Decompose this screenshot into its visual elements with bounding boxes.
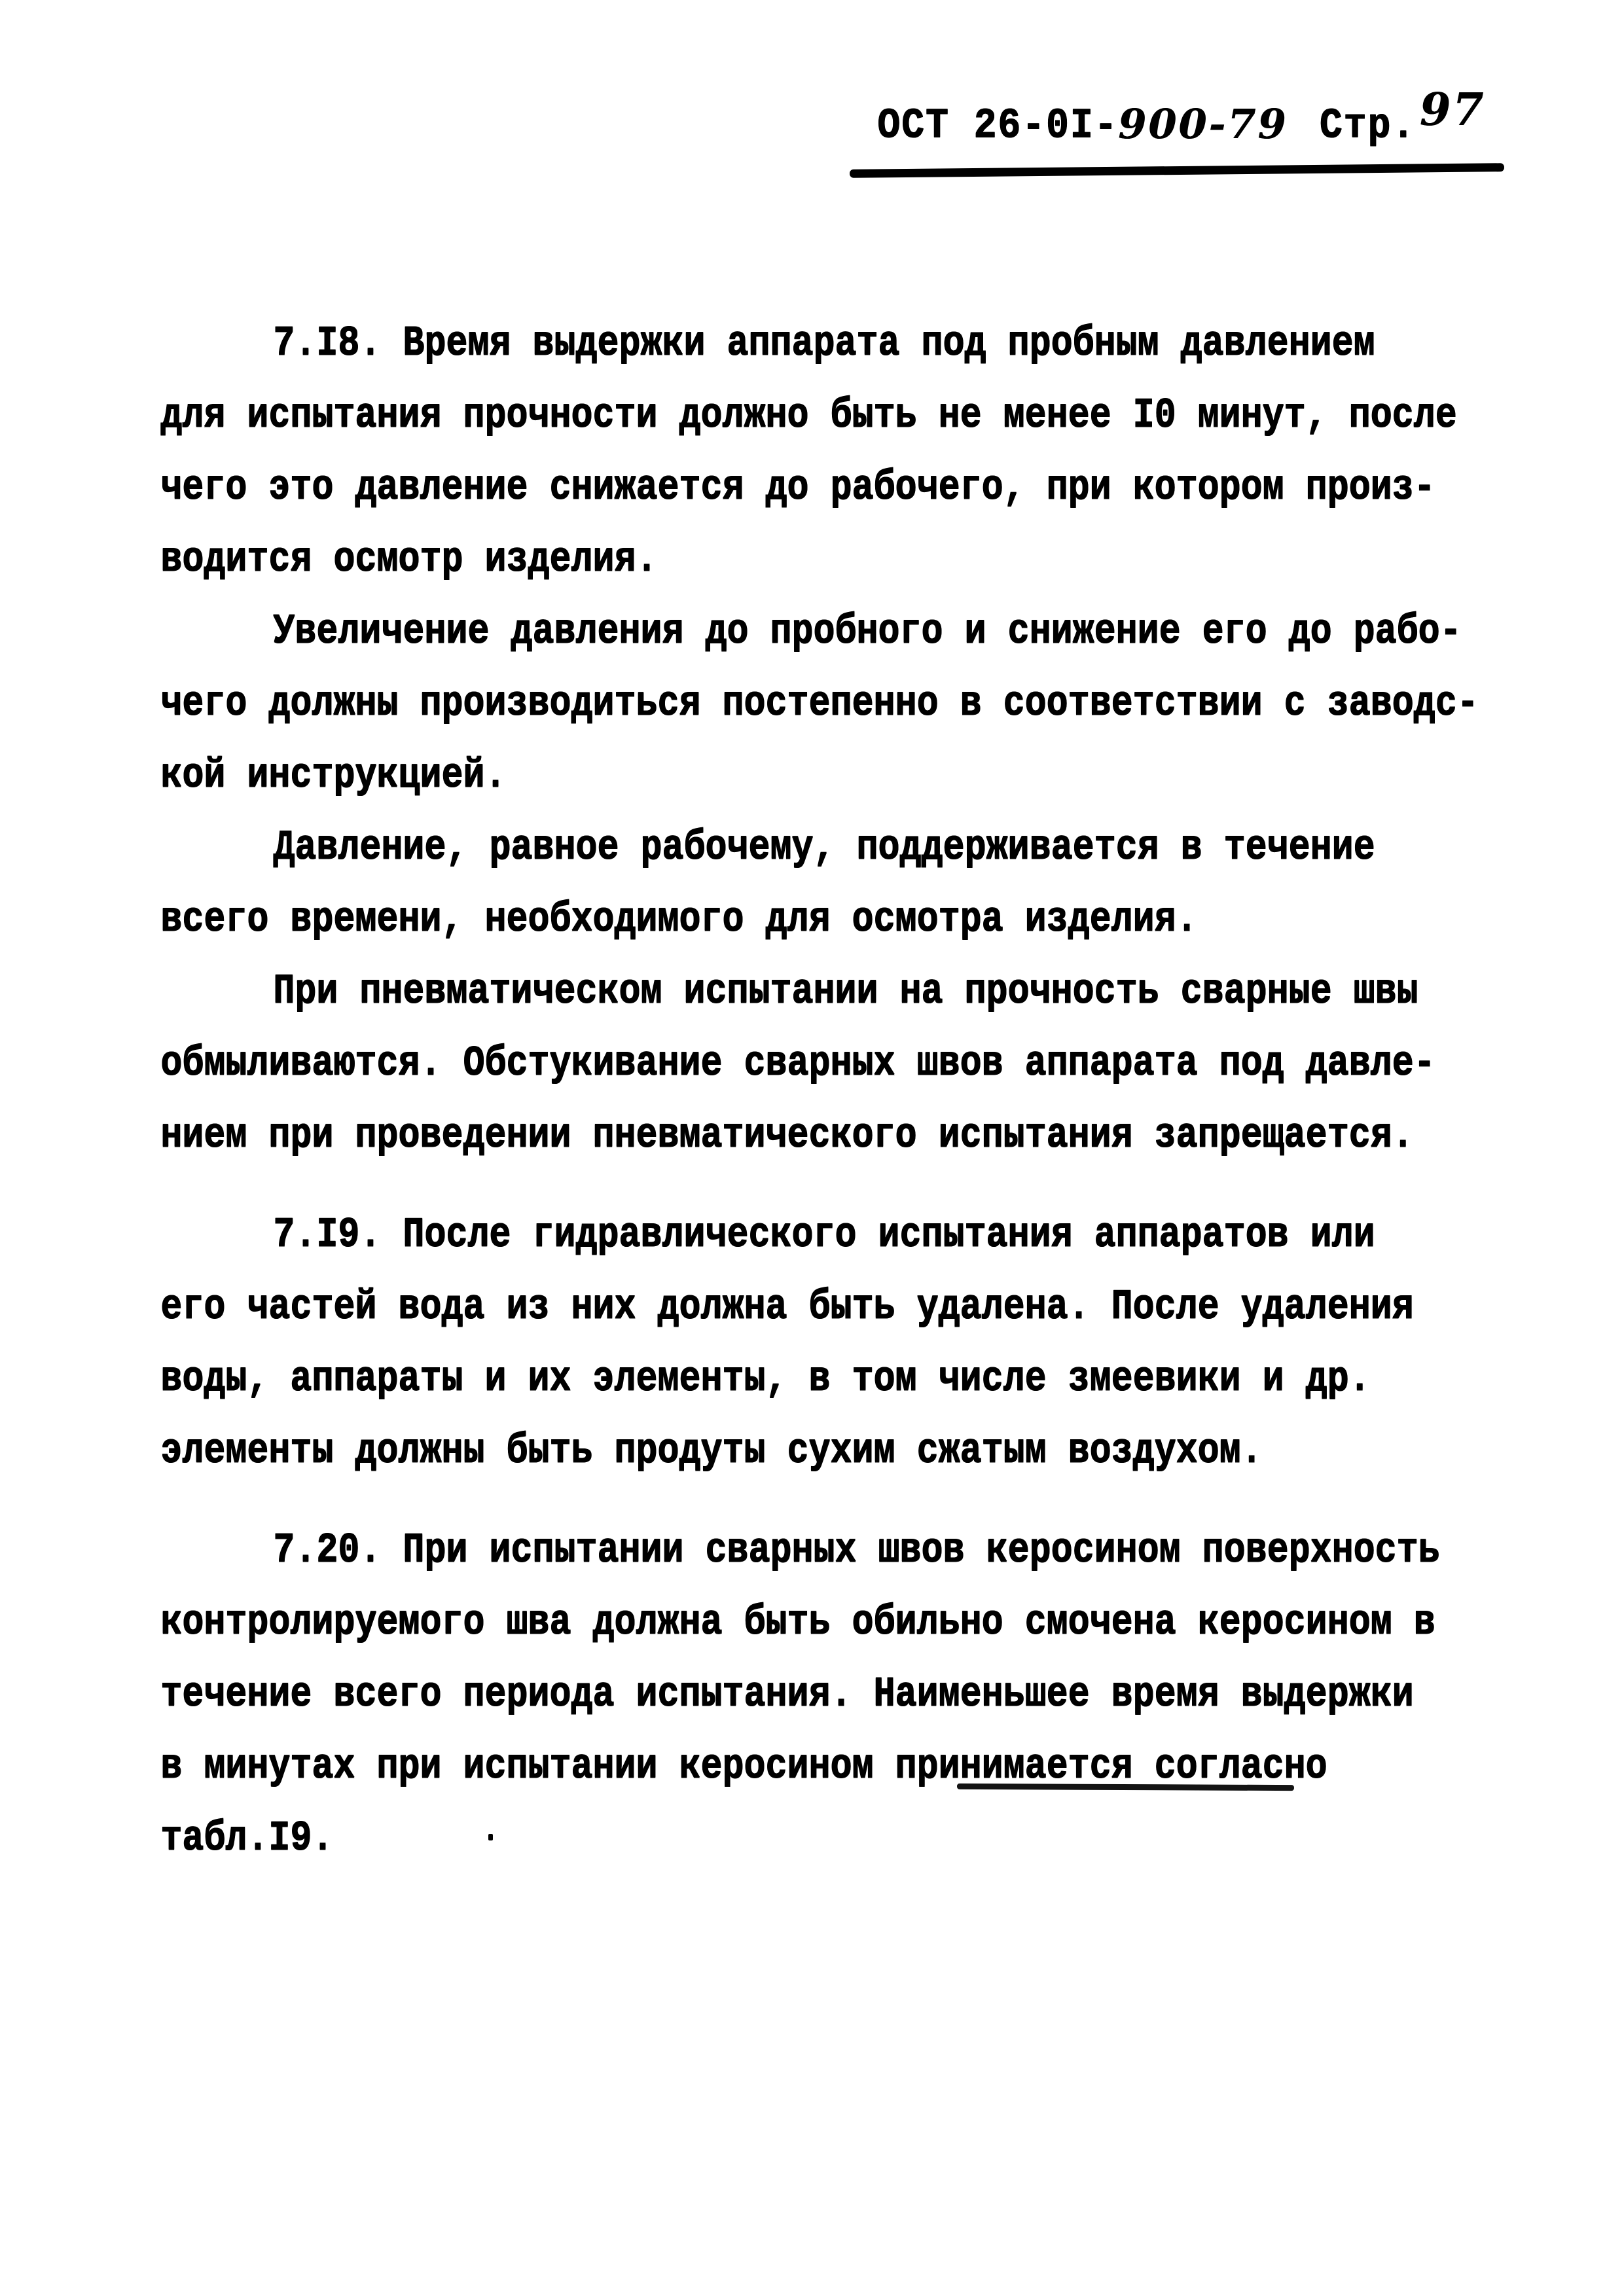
text-line: течение всего периода испытания. Наимень… — [160, 1653, 1502, 1736]
page-label: Стр. — [1320, 102, 1416, 150]
text-line: чего должны производиться постепенно в с… — [160, 662, 1502, 745]
text-line: нием при проведении пневматического испы… — [160, 1094, 1502, 1177]
text-line: всего времени, необходимого для осмотра … — [160, 878, 1502, 961]
text-line: кой инструкцией. — [160, 734, 1502, 817]
text-line: для испытания прочности должно быть не м… — [160, 374, 1502, 457]
text-line: элементы должны быть продуты сухим сжаты… — [160, 1409, 1502, 1493]
scan-speck-artifact — [488, 1834, 493, 1840]
document-page: ОСТ 26-0I-900-79Стр.97 7.I8. Время выдер… — [0, 0, 1624, 2296]
text-line: 7.I9. После гидравлического испытания ап… — [160, 1193, 1502, 1277]
page-number: 97 — [1420, 84, 1486, 136]
text-line: чего это давление снижается до рабочего,… — [160, 446, 1502, 529]
doc-number-typed: ОСТ 26-0I- — [877, 102, 1118, 150]
text-line: обмыливаются. Обстукивание сварных швов … — [160, 1022, 1502, 1105]
text-line: его частей вода из них должна быть удале… — [160, 1265, 1502, 1349]
text-line: 7.I8. Время выдержки аппарата под пробны… — [160, 302, 1502, 386]
paragraph-pressure-increase: Увеличение давления до пробного и снижен… — [160, 596, 1502, 812]
text-line: контролируемого шва должна быть обильно … — [160, 1581, 1502, 1664]
text-line: Увеличение давления до пробного и снижен… — [160, 590, 1502, 673]
text-line: табл.I9. — [160, 1797, 1502, 1880]
document-body: 7.I8. Время выдержки аппарата под пробны… — [160, 308, 1502, 1874]
page-header: ОСТ 26-0I-900-79Стр.97 — [877, 97, 1506, 150]
text-line: 7.20. При испытании сварных швов керосин… — [160, 1509, 1502, 1592]
paragraph-7-20: 7.20. При испытании сварных швов керосин… — [160, 1515, 1502, 1874]
doc-number-handwritten: 900-79 — [1118, 100, 1288, 148]
text-line: При пневматическом испытании на прочност… — [160, 950, 1502, 1033]
paragraph-7-19: 7.I9. После гидравлического испытания ап… — [160, 1199, 1502, 1487]
text-line: Давление, равное рабочему, поддерживаетс… — [160, 806, 1502, 889]
text-line: в минутах при испытании керосином приним… — [160, 1725, 1502, 1808]
paragraph-7-18: 7.I8. Время выдержки аппарата под пробны… — [160, 308, 1502, 596]
paragraph-working-pressure: Давление, равное рабочему, поддерживаетс… — [160, 812, 1502, 956]
paragraph-pneumatic-test: При пневматическом испытании на прочност… — [160, 956, 1502, 1172]
header-underline — [850, 163, 1504, 178]
text-line: воды, аппараты и их элементы, в том числ… — [160, 1337, 1502, 1421]
text-line: водится осмотр изделия. — [160, 518, 1502, 601]
